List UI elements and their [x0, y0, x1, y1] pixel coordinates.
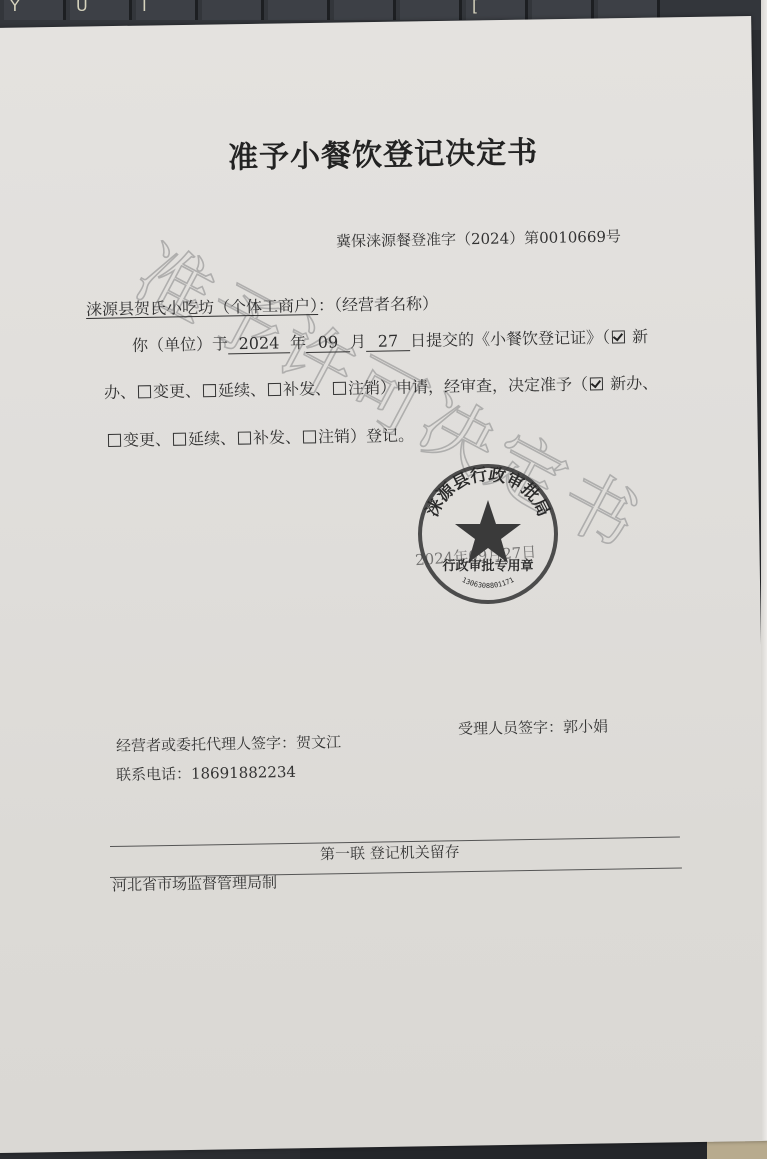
copy-label: 第一联 登记机关留存 — [320, 841, 460, 864]
contact-phone: 联系电话：18691882234 — [116, 761, 296, 785]
application-line: 办、变更、延续、补发、注销）申请，经审查，决定准予（ 新办、 — [104, 370, 659, 403]
apply-new-suffix: 办、 — [104, 382, 136, 402]
day-label: 日提交的《小餐饮登记证》（ — [410, 328, 610, 350]
operator-name: 涞源县贺氏小吃坊（个体工商户） — [86, 296, 318, 319]
operator-line: 涞源县贺氏小吃坊（个体工商户）：（经营者名称） — [86, 291, 438, 320]
phone-number: 18691882234 — [191, 763, 296, 783]
checkbox-approve-list-2 — [238, 431, 251, 444]
receiver-signature-name: 郭小娟 — [563, 717, 608, 736]
issuer: 河北省市场监督管理局制 — [112, 872, 277, 896]
checkbox-approve-list-0 — [108, 434, 121, 447]
checkbox-label: 延续、 — [188, 429, 236, 449]
checkbox-apply-list-2 — [268, 383, 281, 396]
submission-prefix: 你（单位）于 — [132, 334, 228, 355]
checkbox-label: 变更、 — [153, 381, 201, 401]
operator-signature-name: 贺文江 — [296, 733, 341, 752]
checkbox-apply-list-3 — [333, 382, 346, 395]
checkbox-apply-new — [612, 330, 625, 343]
checkbox-label: 补发、 — [283, 379, 331, 399]
checkbox-label: 注销） — [348, 378, 396, 398]
submission-line: 你（单位）于2024年09月27日提交的《小餐饮登记证》（ 新 — [132, 324, 648, 356]
apply-new-label: 新 — [627, 327, 648, 346]
receiver-signature: 受理人员签字：郭小娟 — [458, 715, 608, 739]
document-title: 准予小餐饮登记决定书 — [228, 127, 539, 176]
phone-label: 联系电话： — [116, 765, 191, 784]
svg-text:1306308801171: 1306308801171 — [461, 576, 516, 590]
operator-name-hint: ：（经营者名称） — [318, 294, 438, 315]
operator-signature: 经营者或委托代理人签字：贺文江 — [116, 731, 341, 756]
receiver-signature-label: 受理人员签字： — [458, 718, 563, 738]
checkbox-label: 变更、 — [123, 430, 171, 450]
checkbox-approve-list-3 — [303, 430, 316, 443]
checkbox-label: 补发、 — [253, 428, 301, 448]
submission-month: 09 — [306, 332, 350, 353]
month-label: 月 — [350, 332, 366, 351]
registration-text: 登记。 — [366, 426, 414, 446]
approval-line: 变更、延续、补发、注销）登记。 — [106, 423, 414, 451]
checkbox-label: 注销） — [318, 426, 366, 446]
registration-decision-document: 准予许可决定书 准予小餐饮登记决定书 冀保涞源餐登准字（2024）第001066… — [0, 0, 767, 1159]
checkbox-approve-list-1 — [173, 433, 186, 446]
submission-day: 27 — [366, 331, 410, 352]
checkbox-apply-list-1 — [203, 384, 216, 397]
checkbox-approve-new — [590, 377, 603, 390]
document-number: 冀保涞源餐登准字（2024）第0010669号 — [336, 226, 621, 252]
approve-new-label: 新办、 — [605, 373, 658, 393]
review-text: 申请，经审查，决定准予（ — [396, 375, 588, 397]
submission-year: 2024 — [228, 333, 290, 354]
year-label: 年 — [290, 333, 306, 352]
official-seal: 涞源县行政审批局 行政审批专用章 1306308801171 — [413, 462, 563, 607]
checkbox-apply-list-0 — [138, 385, 151, 398]
operator-signature-label: 经营者或委托代理人签字： — [116, 734, 296, 755]
checkbox-label: 延续、 — [218, 380, 266, 400]
